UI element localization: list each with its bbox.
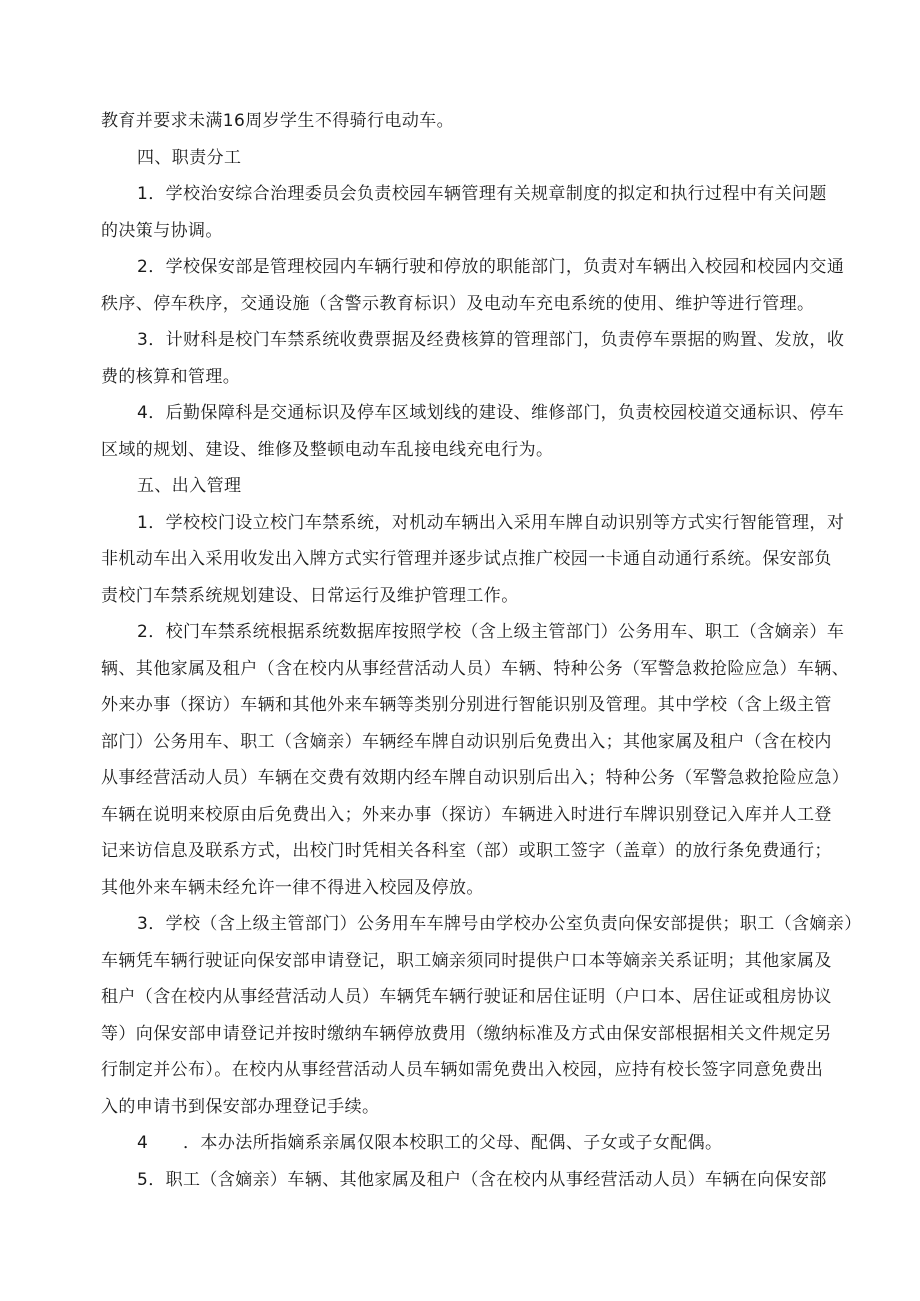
text-line: 秩序、停车秩序，交通设施（含警示教育标识）及电动车充电系统的使用、维护等进行管理…	[101, 286, 823, 323]
text-line: 教育并要求未满16周岁学生不得骑行电动车。	[101, 103, 823, 140]
text-line: 等）向保安部申请登记并按时缴纳车辆停放费用（缴纳标准及方式由保安部根据相关文件规…	[101, 1016, 823, 1053]
text-line: 入的申请书到保安部办理登记手续。	[101, 1089, 823, 1126]
paragraph-responsibility-3: 3．计财科是校门车禁系统收费票据及经费核算的管理部门，负责停车票据的购置、发放，…	[101, 322, 823, 395]
text-line: 5．职工（含嫡亲）车辆、其他家属及租户（含在校内从事经营活动人员）车辆在向保安部	[101, 1162, 823, 1199]
section-heading-responsibilities: 四、职责分工	[101, 140, 823, 177]
text-line: 1．学校治安综合治理委员会负责校园车辆管理有关规章制度的拟定和执行过程中有关问题	[101, 176, 823, 213]
paragraph-responsibility-2: 2．学校保安部是管理校园内车辆行驶和停放的职能部门，负责对车辆出入校园和校园内交…	[101, 249, 823, 322]
text-line: 3．计财科是校门车禁系统收费票据及经费核算的管理部门，负责停车票据的购置、发放，…	[101, 322, 823, 359]
text-line: 非机动车出入采用收发出入牌方式实行管理并逐步试点推广校园一卡通自动通行系统。保安…	[101, 541, 823, 578]
text-line: 行制定并公布）。在校内从事经营活动人员车辆如需免费出入校园，应持有校长签字同意免…	[101, 1052, 823, 1089]
text-line: 费的核算和管理。	[101, 359, 823, 396]
text-line: 1．学校校门设立校门车禁系统，对机动车辆出入采用车牌自动识别等方式实行智能管理，…	[101, 505, 823, 542]
text-line: 租户（含在校内从事经营活动人员）车辆凭车辆行驶证和居住证明（户口本、居住证或租房…	[101, 979, 823, 1016]
text-line: 3．学校（含上级主管部门）公务用车车牌号由学校办公室负责向保安部提供；职工（含嫡…	[101, 906, 823, 943]
text-line: 记来访信息及联系方式，出校门时凭相关各科室（部）或职工签字（盖章）的放行条免费通…	[101, 833, 823, 870]
text-line: 4．后勤保障科是交通标识及停车区域划线的建设、维修部门，负责校园校道交通标识、停…	[101, 395, 823, 432]
text-line: 责校门车禁系统规划建设、日常运行及维护管理工作。	[101, 578, 823, 615]
paragraph-access-5: 5．职工（含嫡亲）车辆、其他家属及租户（含在校内从事经营活动人员）车辆在向保安部	[101, 1162, 823, 1199]
text-line: 其他外来车辆未经允许一律不得进入校园及停放。	[101, 870, 823, 907]
text-line: 车辆凭车辆行驶证向保安部申请登记，职工嫡亲须同时提供户口本等嫡亲关系证明；其他家…	[101, 943, 823, 980]
text-line: 2．校门车禁系统根据系统数据库按照学校（含上级主管部门）公务用车、职工（含嫡亲）…	[101, 614, 823, 651]
text-line: 部门）公务用车、职工（含嫡亲）车辆经车牌自动识别后免费出入；其他家属及租户（含在…	[101, 724, 823, 761]
text-line: 从事经营活动人员）车辆在交费有效期内经车牌自动识别后出入；特种公务（军警急救抢险…	[101, 760, 823, 797]
paragraph-access-3: 3．学校（含上级主管部门）公务用车车牌号由学校办公室负责向保安部提供；职工（含嫡…	[101, 906, 823, 1125]
document-page: 教育并要求未满16周岁学生不得骑行电动车。 四、职责分工 1．学校治安综合治理委…	[101, 103, 823, 1198]
text-line: 2．学校保安部是管理校园内车辆行驶和停放的职能部门，负责对车辆出入校园和校园内交…	[101, 249, 823, 286]
paragraph-access-4: 4 ．本办法所指嫡系亲属仅限本校职工的父母、配偶、子女或子女配偶。	[101, 1125, 823, 1162]
text-line: 车辆在说明来校原由后免费出入；外来办事（探访）车辆进入时进行车牌识别登记入库并人…	[101, 797, 823, 834]
text-line: 外来办事（探访）车辆和其他外来车辆等类别分别进行智能识别及管理。其中学校（含上级…	[101, 687, 823, 724]
text-line: 4 ．本办法所指嫡系亲属仅限本校职工的父母、配偶、子女或子女配偶。	[101, 1125, 823, 1162]
paragraph-access-1: 1．学校校门设立校门车禁系统，对机动车辆出入采用车牌自动识别等方式实行智能管理，…	[101, 505, 823, 615]
text-line: 区域的规划、建设、维修及整顿电动车乱接电线充电行为。	[101, 432, 823, 469]
paragraph-responsibility-1: 1．学校治安综合治理委员会负责校园车辆管理有关规章制度的拟定和执行过程中有关问题…	[101, 176, 823, 249]
text-line: 的决策与协调。	[101, 213, 823, 250]
paragraph-access-2: 2．校门车禁系统根据系统数据库按照学校（含上级主管部门）公务用车、职工（含嫡亲）…	[101, 614, 823, 906]
text-line: 辆、其他家属及租户（含在校内从事经营活动人员）车辆、特种公务（军警急救抢险应急）…	[101, 651, 823, 688]
paragraph-responsibility-4: 4．后勤保障科是交通标识及停车区域划线的建设、维修部门，负责校园校道交通标识、停…	[101, 395, 823, 468]
section-heading-access-management: 五、出入管理	[101, 468, 823, 505]
paragraph-continuation: 教育并要求未满16周岁学生不得骑行电动车。	[101, 103, 823, 140]
